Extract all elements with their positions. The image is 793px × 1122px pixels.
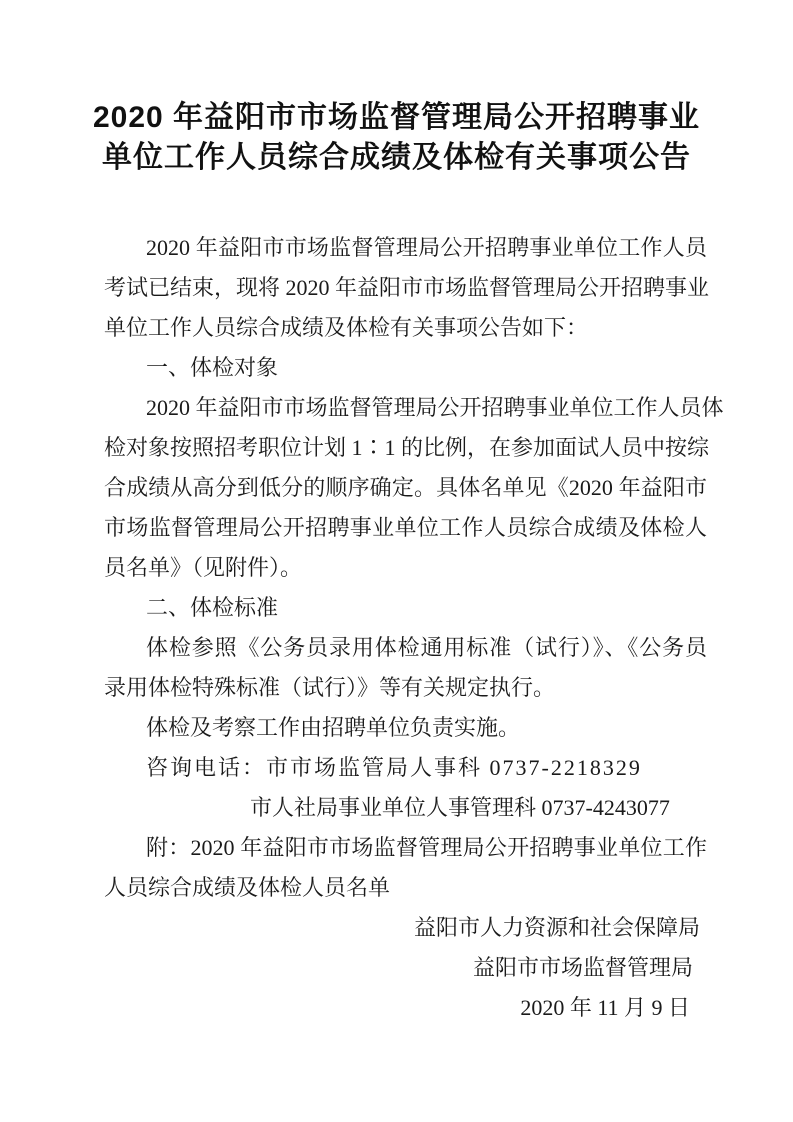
section-one-line-2: 检对象按照招考职位计划 1∶1 的比例，在参加面试人员中按综 — [104, 428, 707, 468]
implementation-note-line: 体检及考察工作由招聘单位负责实施。 — [104, 708, 707, 748]
section-heading-one: 一、体检对象 — [104, 348, 707, 388]
document-body: 2020 年益阳市市场监督管理局公开招聘事业单位工作人员 考试已结束，现将 20… — [104, 228, 707, 1028]
signature-date: 2020 年 11 月 9 日 — [104, 988, 707, 1028]
intro-paragraph-line-3: 单位工作人员综合成绩及体检有关事项公告如下： — [104, 308, 707, 348]
intro-paragraph-line-2: 考试已结束，现将 2020 年益阳市市场监督管理局公开招聘事业 — [104, 268, 707, 308]
section-two-line-2: 录用体检特殊标准（试行）》等有关规定执行。 — [104, 668, 707, 708]
section-one-line-1: 2020 年益阳市市场监督管理局公开招聘事业单位工作人员体 — [104, 388, 707, 428]
section-one-line-3: 合成绩从高分到低分的顺序确定。具体名单见《2020 年益阳市 — [104, 468, 707, 508]
section-one-line-4: 市场监督管理局公开招聘事业单位工作人员综合成绩及体检人 — [104, 508, 707, 548]
section-two-line-1: 体检参照《公务员录用体检通用标准（试行）》、《公务员 — [104, 628, 707, 668]
document-title-line-2: 单位工作人员综合成绩及体检有关事项公告 — [40, 138, 753, 178]
section-heading-two: 二、体检标准 — [104, 588, 707, 628]
contact-phone-line-1: 咨询电话：市市场监管局人事科 0737-2218329 — [104, 748, 707, 788]
document-title: 2020 年益阳市市场监督管理局公开招聘事业 单位工作人员综合成绩及体检有关事项… — [40, 98, 753, 178]
section-one-line-5: 员名单》（见附件）。 — [104, 548, 707, 588]
contact-phone-line-2: 市人社局事业单位人事管理科 0737-4243077 — [104, 788, 707, 828]
intro-paragraph-line-1: 2020 年益阳市市场监督管理局公开招聘事业单位工作人员 — [104, 228, 707, 268]
attachment-note-line-1: 附：2020 年益阳市市场监督管理局公开招聘事业单位工作 — [104, 828, 707, 868]
announcement-document: 2020 年益阳市市场监督管理局公开招聘事业 单位工作人员综合成绩及体检有关事项… — [0, 0, 793, 1122]
attachment-note-line-2: 人员综合成绩及体检人员名单 — [104, 868, 707, 908]
signature-hrss-bureau: 益阳市人力资源和社会保障局 — [104, 908, 707, 948]
signature-market-bureau: 益阳市市场监督管理局 — [104, 948, 707, 988]
document-title-line-1: 2020 年益阳市市场监督管理局公开招聘事业 — [40, 98, 753, 138]
